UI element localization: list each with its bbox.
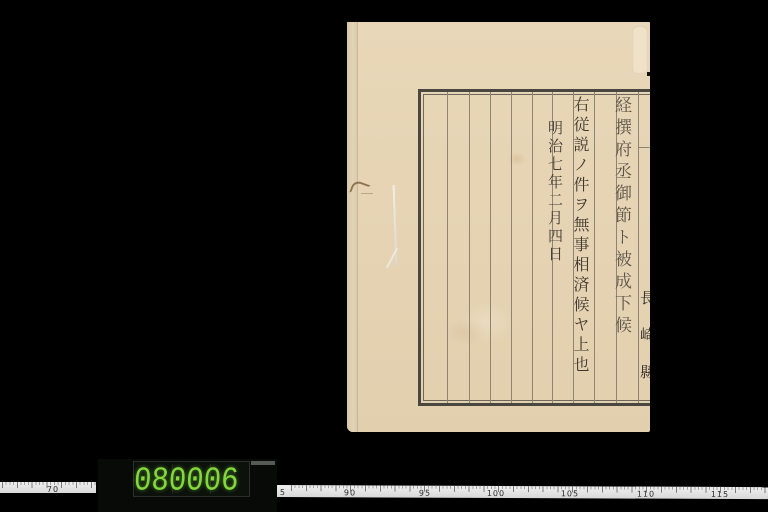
printed-prefecture-header: 長崎縣 (639, 290, 650, 401)
column-rule (532, 92, 533, 403)
page-corner-crease (632, 26, 648, 74)
column-rule (469, 92, 470, 403)
header-box-rule (638, 147, 650, 148)
document-page: 経撰府丞御節ト被成下候 右従説ノ件ヲ無事相済候ヤ上也 明治七年二月四日 長崎縣 (347, 22, 650, 432)
column-rule (594, 92, 595, 403)
ruler-label: 90 (344, 488, 356, 497)
handwritten-date-column: 明治七年二月四日 (546, 120, 564, 264)
thread-end (361, 193, 373, 194)
counter-digits: 080006 (133, 464, 239, 497)
ruler-label: 5 (280, 488, 286, 497)
column-rule (511, 92, 512, 403)
measuring-ruler-right: 5 90 95 100 105 110 115 (277, 485, 768, 499)
handwritten-column-1: 経撰府丞御節ト被成下候 (610, 96, 632, 338)
column-rule (447, 92, 448, 403)
ruler-label: 105 (561, 489, 579, 498)
ruler-label: 115 (711, 490, 729, 499)
ruler-label: 110 (637, 490, 655, 499)
page-edge-mark (647, 72, 650, 76)
column-rule (490, 92, 491, 403)
document-scan: 経撰府丞御節ト被成下候 右従説ノ件ヲ無事相済候ヤ上也 明治七年二月四日 長崎縣 … (0, 0, 768, 512)
measuring-ruler-left: 70 (0, 482, 96, 493)
ruler-label: 70 (47, 485, 59, 493)
handwritten-column-2: 右従説ノ件ヲ無事相済候ヤ上也 (570, 96, 591, 376)
ruler-label: 95 (419, 489, 431, 498)
page-fold-edge (347, 22, 358, 432)
counter-label-strip (251, 461, 275, 465)
ruler-label: 100 (487, 489, 505, 498)
frame-counter-display: 080006 (98, 459, 277, 512)
